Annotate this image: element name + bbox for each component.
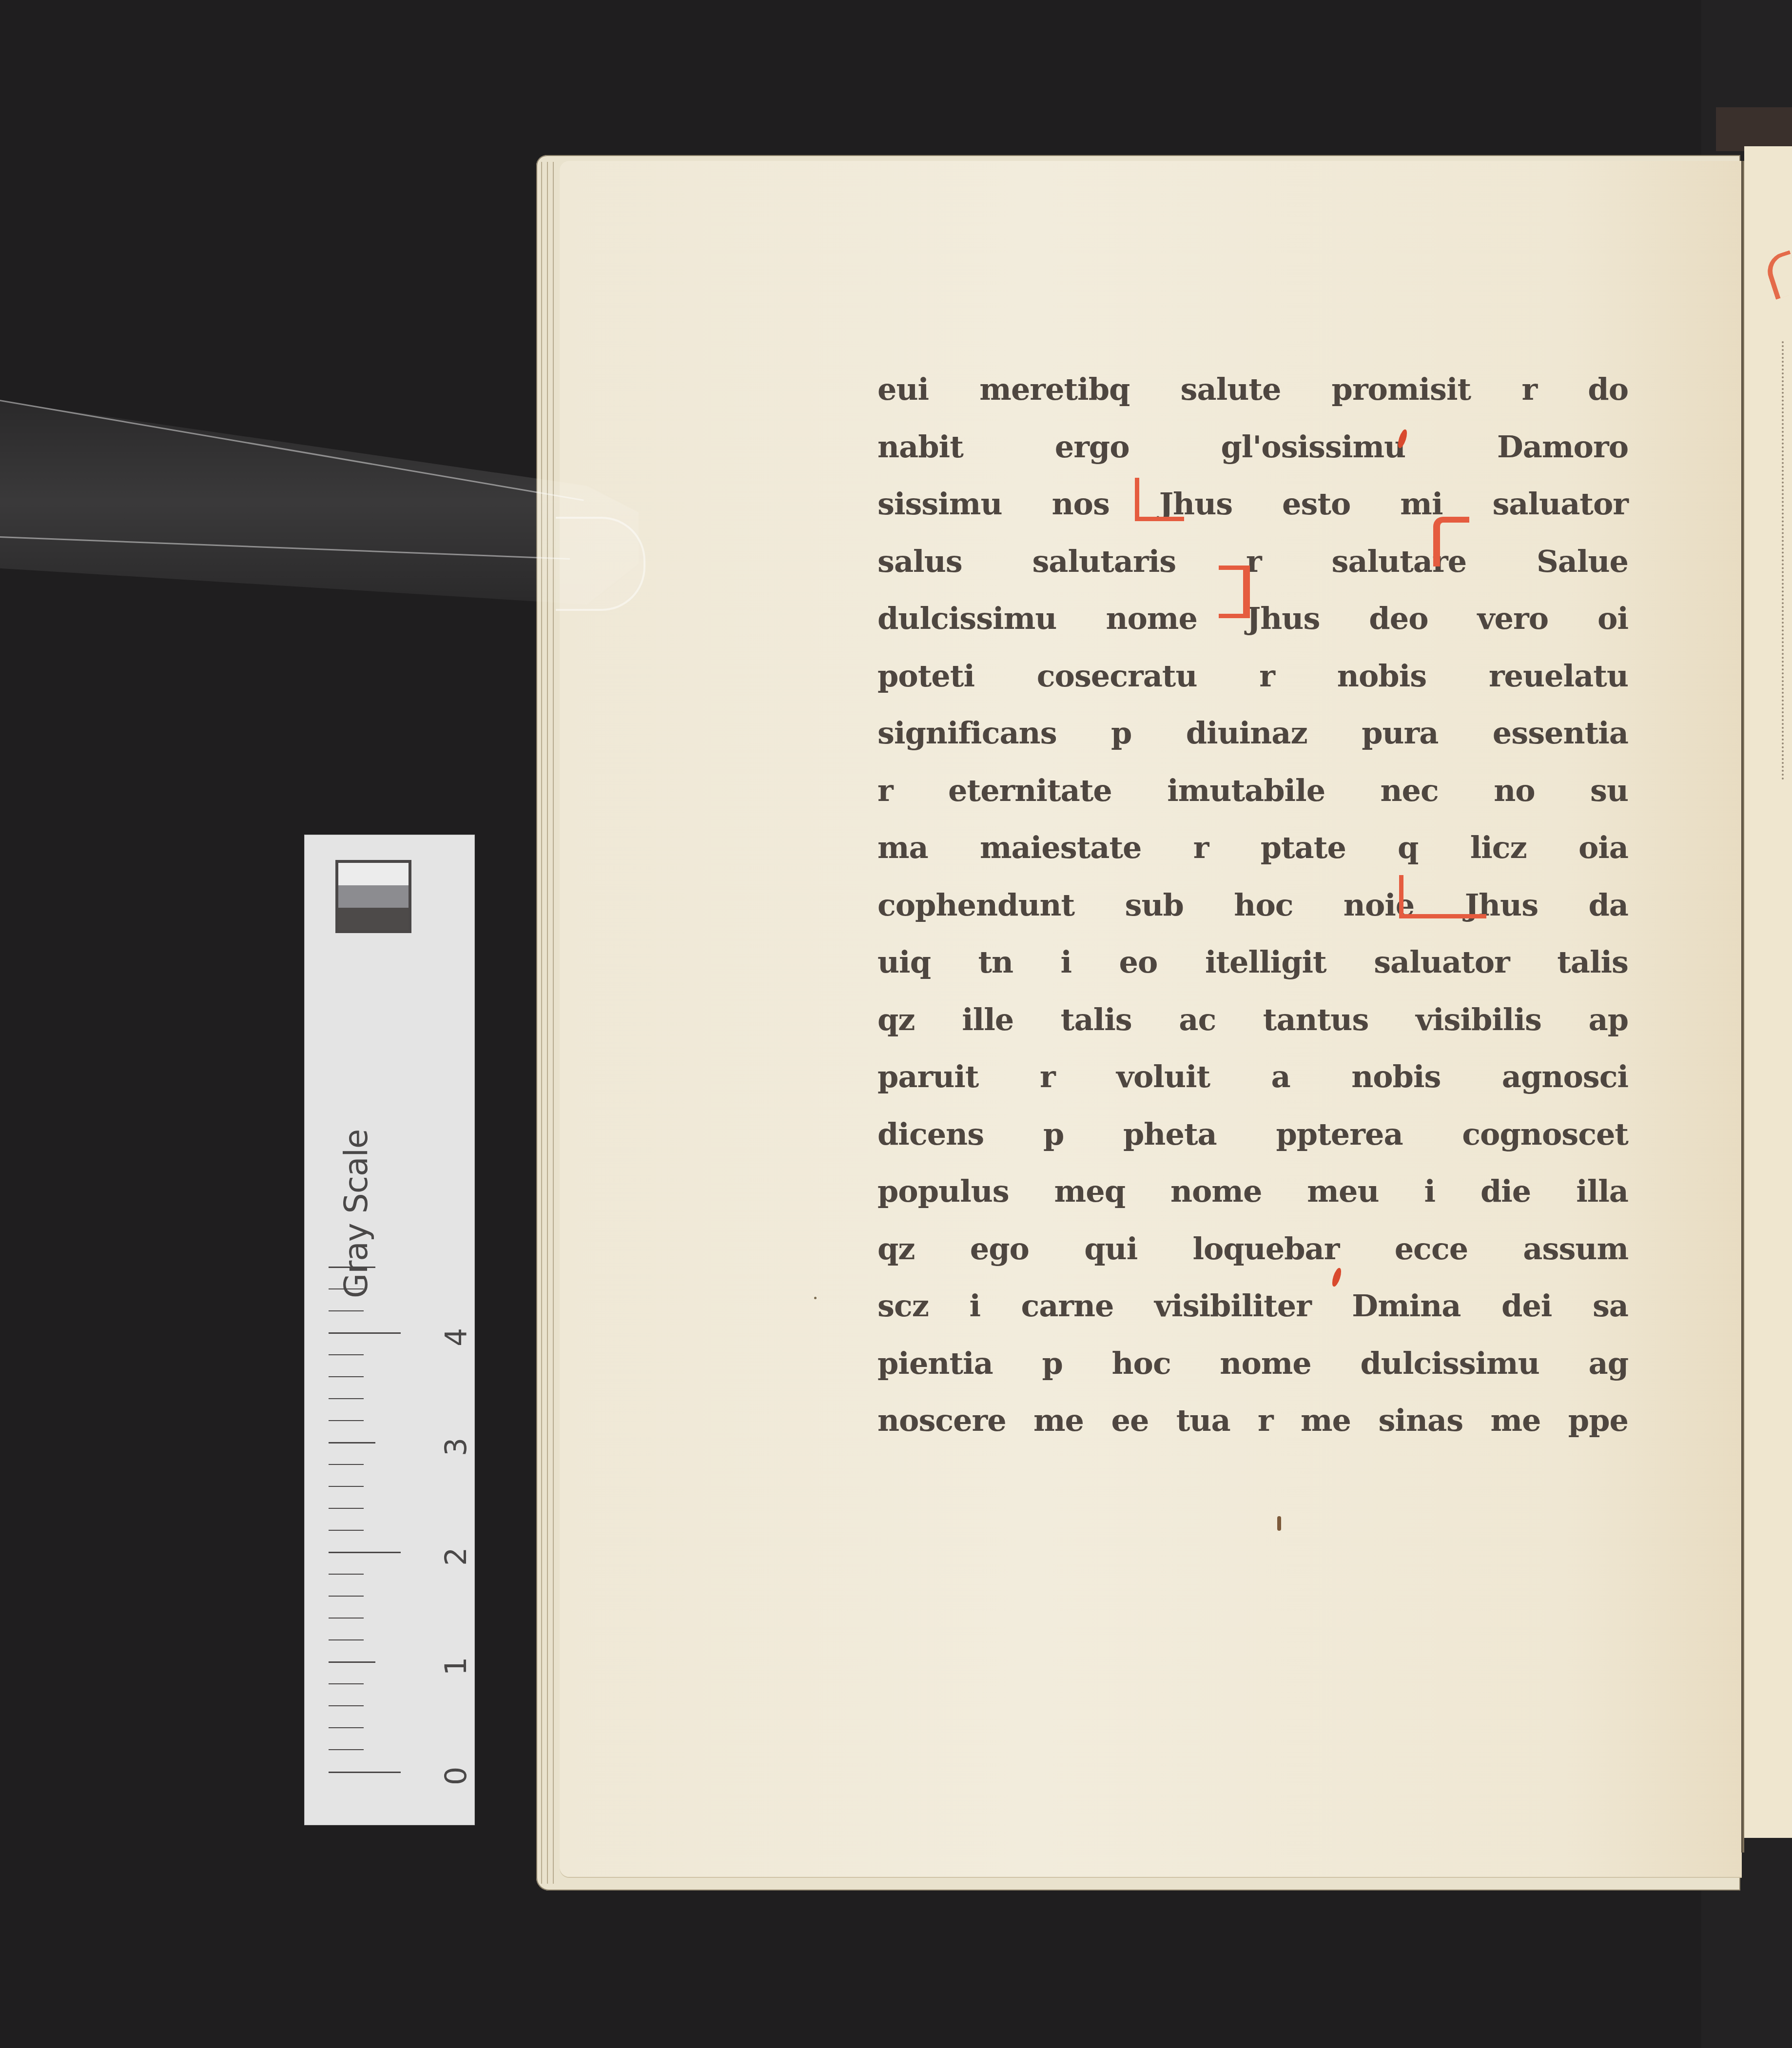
text-line: significans p diuinaz pura essentia	[877, 704, 1628, 762]
text-line: r eternitate imutabile nec no su	[877, 762, 1628, 819]
text-line: uiq tn i eo itelligit saluator talis	[877, 934, 1628, 991]
tick-minor	[329, 1288, 364, 1289]
text-line: poteti cosecratu r nobis reuelatu	[877, 647, 1628, 705]
tick-minor	[329, 1574, 364, 1575]
page-edge	[541, 162, 542, 1884]
facing-text-edge	[1782, 341, 1787, 780]
paper-speck	[814, 1297, 817, 1299]
page-edge	[553, 162, 554, 1884]
tick-minor	[329, 1376, 364, 1377]
tick-minor	[329, 1486, 364, 1487]
tick-minor	[329, 1727, 364, 1728]
rubric-initial-i	[1219, 566, 1250, 618]
text-line: dicens p pheta ppterea cognoscet	[877, 1106, 1628, 1163]
text-line: scz i carne visibiliter Dmina dei sa	[877, 1277, 1628, 1335]
text-line: paruit r voluit a nobis agnosci	[877, 1048, 1628, 1106]
tick-minor	[329, 1310, 364, 1311]
tick-label-2: 2	[439, 1542, 473, 1571]
text-line: populus meq nome meu i die illa	[877, 1163, 1628, 1220]
ruler-ticks: 0 1 2 3 4	[329, 1276, 475, 1822]
tick-minor	[329, 1618, 364, 1619]
text-line: qz ille talis ac tantus visibilis ap	[877, 991, 1628, 1049]
text-line: nabit ergo gl'osissimu Damoro	[877, 418, 1628, 476]
tick-label-1: 1	[439, 1652, 473, 1681]
rubric-bracket-jhus	[1135, 478, 1184, 521]
tick-label-0: 0	[439, 1761, 473, 1791]
text-line: cophendunt sub hoc noie Jhus da	[877, 877, 1628, 934]
swatch-dark-gray	[338, 908, 409, 930]
rubric-bracket-jhus-2	[1399, 875, 1486, 918]
text-line: sissimu nos Jhus esto mi saluator	[877, 475, 1628, 533]
page-edge	[547, 162, 548, 1884]
swatch-mid-gray	[338, 885, 409, 908]
tick-label-4: 4	[439, 1323, 473, 1352]
holder-tip	[556, 517, 645, 611]
text-line: qz ego qui loquebar ecce assum	[877, 1220, 1628, 1278]
tick-minor	[329, 1596, 364, 1597]
ink-mark	[1277, 1516, 1281, 1531]
swatch-white	[338, 863, 409, 885]
tick-minor	[329, 1420, 364, 1421]
tick-minor	[329, 1705, 364, 1706]
tick-half	[329, 1442, 375, 1443]
text-line: pientia p hoc nome dulcissimu ag	[877, 1335, 1628, 1392]
tick-minor	[329, 1464, 364, 1465]
tick-minor	[329, 1508, 364, 1509]
tick-half	[329, 1661, 375, 1663]
tick-minor	[329, 1530, 364, 1531]
tick-minor	[329, 1398, 364, 1399]
text-line: eui meretibq salute promisit r do	[877, 361, 1628, 418]
text-line: noscere me ee tua r me sinas me ppe	[877, 1392, 1628, 1449]
rubric-initial-s	[1433, 517, 1469, 566]
text-line: dulcissimu nome Jhus deo vero oi	[877, 590, 1628, 647]
text-line: salus salutaris r salutare Salue	[877, 533, 1628, 590]
tick-half	[329, 1267, 375, 1268]
tick-label-3: 3	[439, 1432, 473, 1462]
tick-minor	[329, 1354, 364, 1355]
tick-minor	[329, 1683, 364, 1684]
binding-shadow	[1716, 107, 1792, 151]
tick-minor	[329, 1639, 364, 1640]
text-block: eui meretibq salute promisit r do nabit …	[877, 361, 1628, 1449]
gray-swatch	[335, 860, 411, 933]
text-line: ma maiestate r ptate q licz oia	[877, 819, 1628, 877]
tick-major	[329, 1332, 401, 1334]
tick-major	[329, 1552, 401, 1553]
tick-major	[329, 1772, 401, 1773]
tick-minor	[329, 1749, 364, 1750]
